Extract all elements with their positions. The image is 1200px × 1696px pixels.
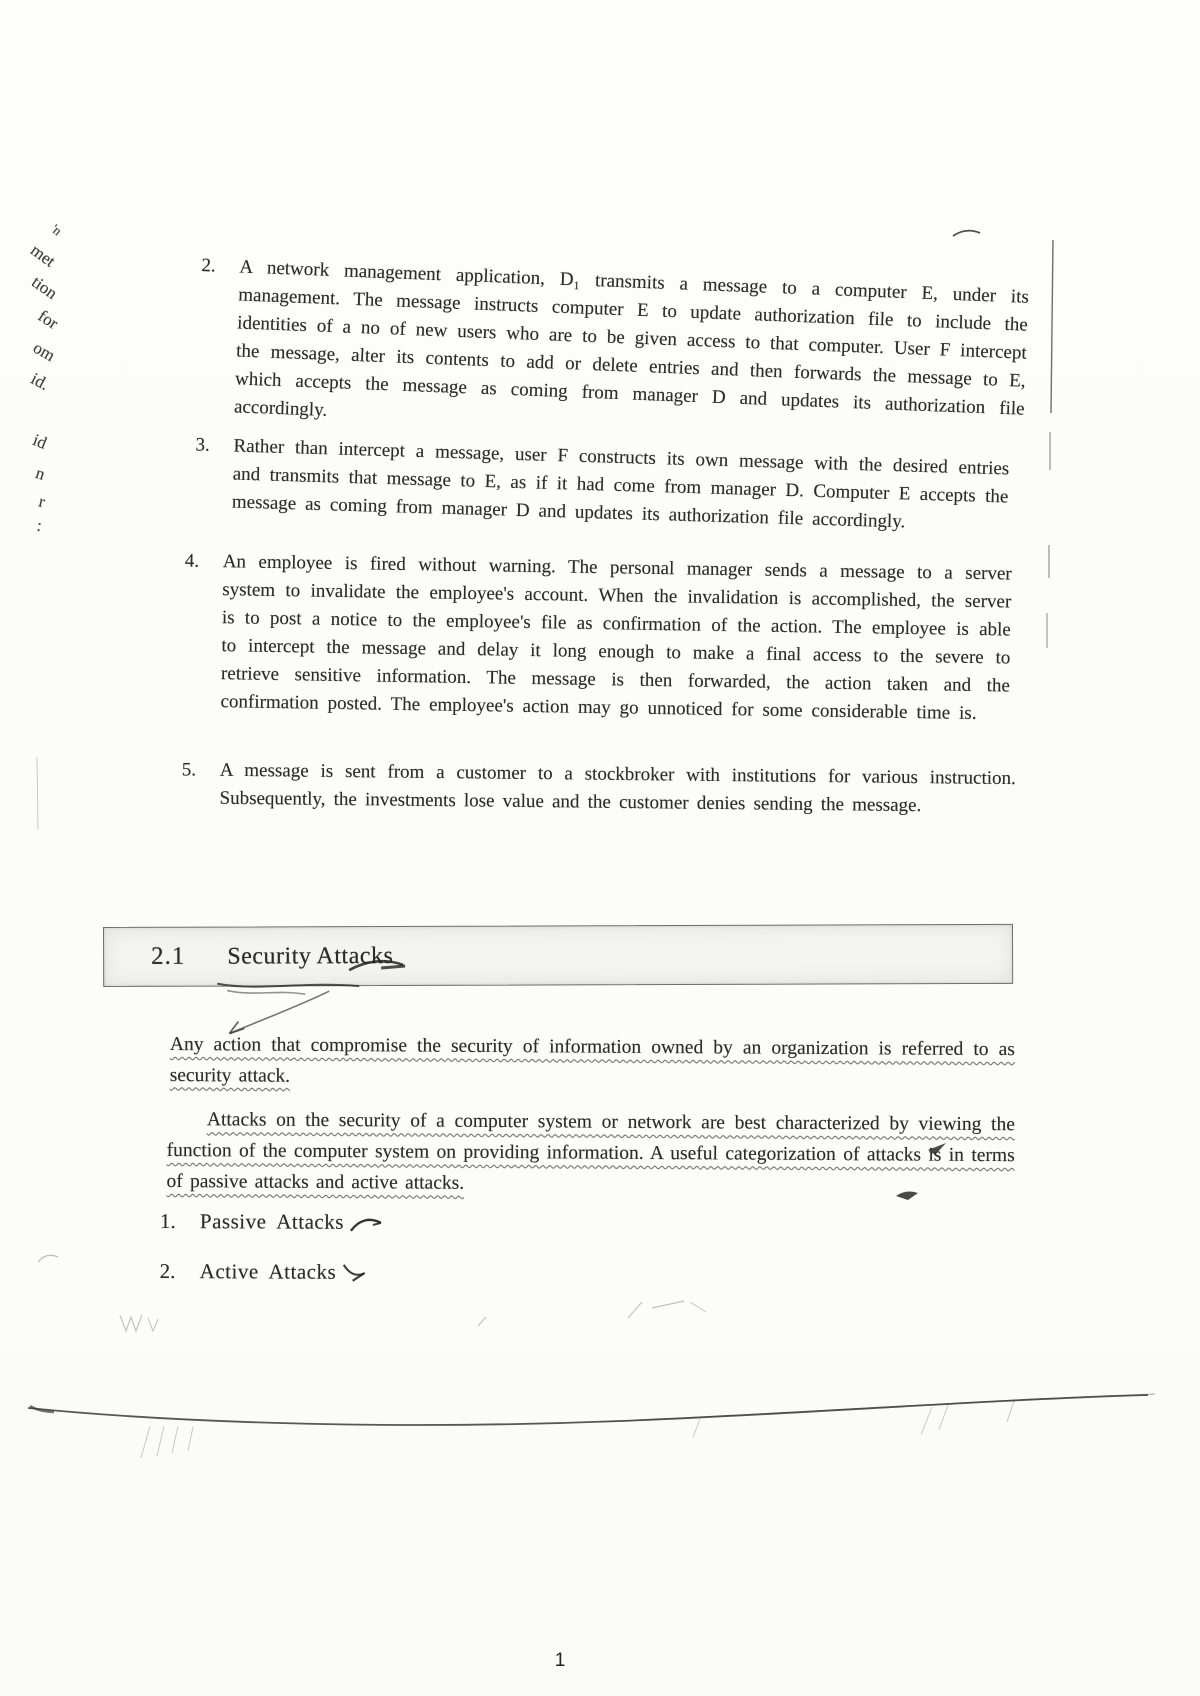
indent-spacer xyxy=(150,547,185,548)
margin-fragment: id. xyxy=(27,369,52,395)
indent-spacer xyxy=(150,250,202,252)
indent-spacer xyxy=(150,430,196,431)
pen-swoosh-icon xyxy=(348,1213,384,1235)
paragraph-attack-characterization: Attacks on the security of a computer sy… xyxy=(166,1104,1015,1202)
margin-fragment: id xyxy=(30,430,50,454)
page-number: 1 xyxy=(548,1650,572,1672)
problem-item-5: 5. A message is sent from a customer to … xyxy=(149,756,1016,821)
margin-fragment: n xyxy=(33,463,47,485)
scan-edge-hairs xyxy=(141,1400,1200,1458)
margin-fragment: : xyxy=(35,516,43,537)
list-label: Passive Attacks xyxy=(200,1206,344,1237)
list-item-active-attacks: 2. Active Attacks xyxy=(160,1254,384,1287)
problem-text: A message is sent from a customer to a s… xyxy=(219,757,1016,821)
list-label: Active Attacks xyxy=(200,1256,337,1287)
section-heading-box: 2.1 Security Attacks xyxy=(103,924,1013,987)
problem-number: 5. xyxy=(182,756,208,784)
paragraph-security-attack-definition: Any action that compromise the security … xyxy=(170,1030,1015,1096)
list-number: 1. xyxy=(160,1206,200,1236)
problem-item-3: 3. Rather than intercept a message, user… xyxy=(148,430,1010,539)
margin-fragment: 'n xyxy=(48,221,65,239)
bottom-smudges xyxy=(120,1301,706,1331)
right-scan-line xyxy=(1047,240,1053,648)
left-margin-marks xyxy=(37,757,58,1262)
problem-item-4: 4. An employee is fired without warning.… xyxy=(147,547,1012,729)
problem-number: 2. xyxy=(201,252,228,281)
problem-text: An employee is fired without warning. Th… xyxy=(220,548,1012,728)
attack-types-list: 1. Passive Attacks 2. Active Attacks xyxy=(160,1206,384,1305)
problem-item-2: 2. A network management application, D₁ … xyxy=(144,250,1030,452)
problem-number: 3. xyxy=(195,431,222,460)
problem-text: Rather than intercept a message, user F … xyxy=(231,432,1009,539)
margin-fragment: r xyxy=(37,492,47,513)
margin-fragment: met xyxy=(27,240,59,271)
margin-fragment: for xyxy=(34,306,62,334)
problem-number: 4. xyxy=(185,548,211,576)
scanned-textbook-page: 'n met tion for om id. id n r : 2. A net… xyxy=(0,0,1200,1696)
list-item-passive-attacks: 1. Passive Attacks xyxy=(160,1206,384,1237)
tilde-mark-icon xyxy=(953,231,980,236)
pen-underline-scribble-icon xyxy=(209,961,469,1032)
section-number: 2.1 xyxy=(151,943,185,971)
scan-edge-line xyxy=(28,1394,1155,1425)
pen-tick-icon xyxy=(340,1261,370,1285)
list-number: 2. xyxy=(160,1256,200,1286)
problem-text: A network management application, D₁ tra… xyxy=(233,253,1029,451)
margin-fragment: tion xyxy=(28,272,61,304)
margin-fragment: om xyxy=(29,338,58,366)
